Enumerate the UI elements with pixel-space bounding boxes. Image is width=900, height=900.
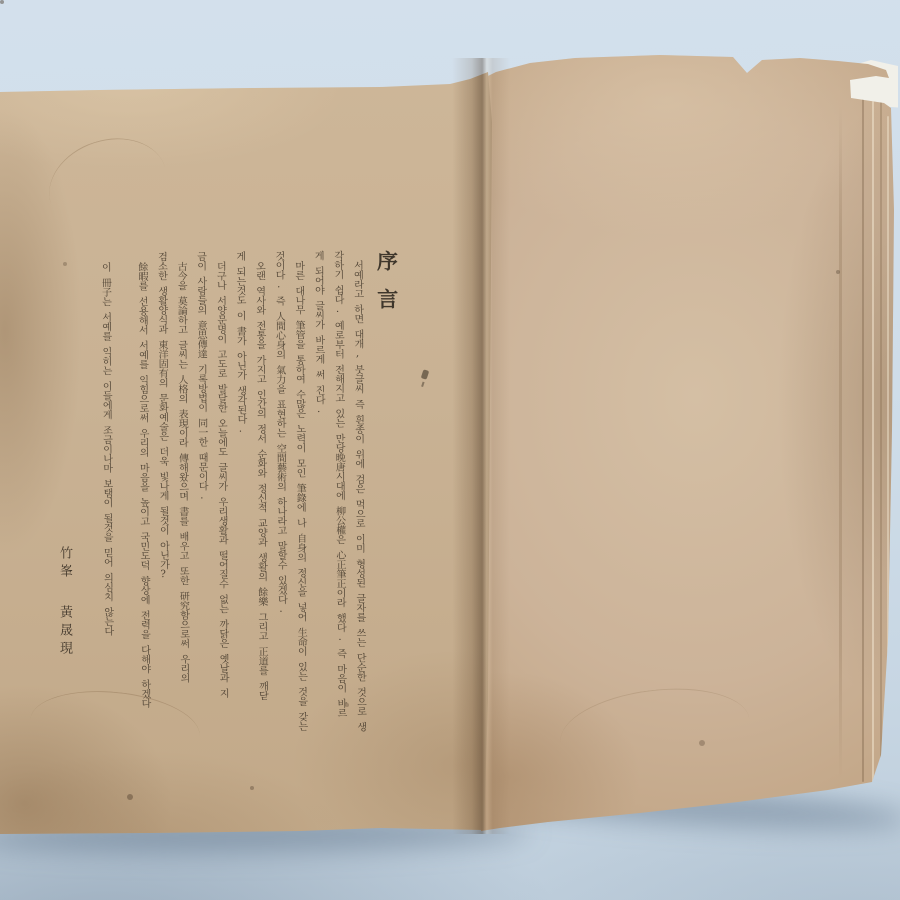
text-column: 더구나 서양문명이 고도로 발달한 오늘에도 글씨가 우리생활과 떨어질수 없는… <box>210 251 233 733</box>
page-stack-edge <box>872 84 874 792</box>
page-stack-edge <box>887 116 889 772</box>
foxing-specks <box>0 0 4 4</box>
page-stack-edge <box>862 90 864 782</box>
text-column: 게 되는것도 이 書가 아닌가 생각된다. <box>229 251 252 733</box>
page-stack-edge <box>880 96 882 790</box>
page-title: 序言 <box>373 250 403 732</box>
text-column: 이 冊子는 서예를 익히는 이들에게 조금이나마 보탬이 될것을 믿어 의심치 … <box>95 252 118 734</box>
text-column: 게 되어야 글씨가 바르게 써 진다. <box>308 250 331 732</box>
text-column: 餘暇를 선용해서 서예를 익힘으로써 우리의 마음을 높이고 국민도덕 향상에 … <box>131 252 154 734</box>
right-page-crease <box>839 105 842 780</box>
text-column: 서예라고 하면 대개, 붓글씨 즉 흰종이 위에 검은 먹으로 이미 형성된 글… <box>347 250 370 732</box>
text-column: 각하기 쉽다. 예로부터 전해지고 있는 만당晩唐시대에 柳公權은 心正筆正이라… <box>327 250 350 732</box>
preface-text-block: 序言 서예라고 하면 대개, 붓글씨 즉 흰종이 위에 검은 먹으로 이미 형성… <box>94 250 403 734</box>
text-column: 古今을 莫論하고 글씨는 人格의 表現이라 傳해왔으며 書를 배우고 또한 研究… <box>170 251 193 733</box>
book-gutter-shadow <box>452 58 510 834</box>
text-column: 오랜 역사와 전통을 가지고 인간의 정서 순화와 정신적 교양과 생활의 餘樂… <box>249 251 272 733</box>
text-column: 것이다. 즉 人間心身의 氣力을 표현하는 空間藝術의 하나라고 말할수 있겠다… <box>268 251 291 733</box>
text-column: 검소한 생활양식과 東洋固有의 문화예술은 더욱 빛나게 될것이 아닌가? <box>151 252 174 734</box>
text-column: 마른 대나무 筆管을 통하여 수많은 노력이 모인 筆錄에 나 自身의 정신을 … <box>288 251 311 733</box>
photo-backdrop: 序言 서예라고 하면 대개, 붓글씨 즉 흰종이 위에 검은 먹으로 이미 형성… <box>0 0 900 900</box>
author-signature: 竹峯 黃晟現 <box>55 546 74 686</box>
text-column: 금이 사람들의 意思傳達 기록방법이 同一한 때문이다. <box>190 251 213 733</box>
